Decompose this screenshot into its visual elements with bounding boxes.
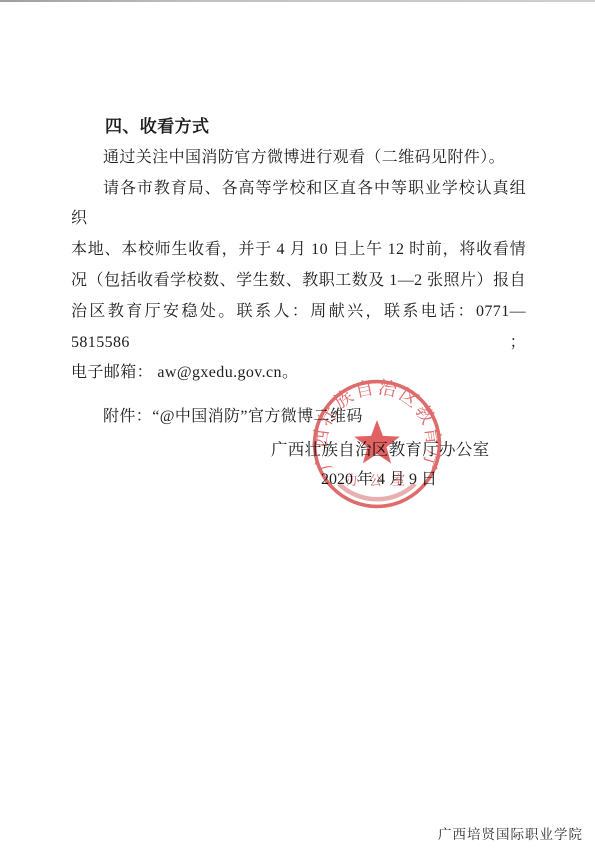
paragraph-1: 通过关注中国消防官方微博进行观看（二维码见附件）。 — [71, 143, 526, 174]
attachment-line: 附件：“@中国消防”官方微博二维码 — [71, 402, 526, 433]
page-top-edge — [0, 0, 595, 2]
paragraph-2-line-5: 电子邮箱： aw@gxedu.gov.cn。 — [71, 358, 526, 389]
paragraph-2-line-2: 本地、本校师生收看，并于 4 月 10 日上午 12 时前，将收看情 — [71, 235, 526, 266]
document-page: 四、收看方式 通过关注中国消防官方微博进行观看（二维码见附件）。 请各市教育局、… — [0, 0, 595, 851]
paragraph-2-line-3: 况（包括收看学校数、学生数、教职工数及 1—2 张照片）报自 — [71, 266, 526, 297]
document-body: 四、收看方式 通过关注中国消防官方微博进行观看（二维码见附件）。 请各市教育局、… — [71, 112, 526, 433]
paragraph-2-line-1: 请各市教育局、各高等学校和区直各中等职业学校认真组织 — [71, 174, 526, 236]
issuer-signature: 广西壮族自治区教育厅办公室 — [271, 436, 487, 460]
footer-institution-mark: 广西培贤国际职业学院 — [438, 823, 583, 843]
paragraph-2-line-4: 治区教育厅安稳处。联系人：周献兴，联系电话：0771—5815586 ； — [71, 297, 526, 359]
issue-date: 2020 年 4 月 9 日 — [271, 466, 487, 489]
section-heading: 四、收看方式 — [71, 112, 526, 143]
